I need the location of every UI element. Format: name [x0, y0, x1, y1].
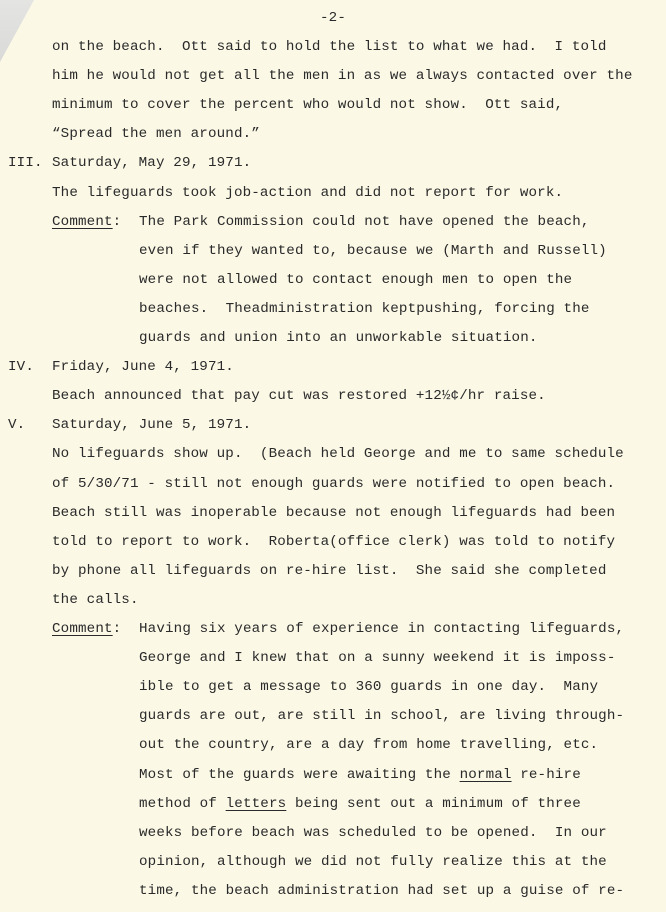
text-line: minimum to cover the percent who would n… — [52, 96, 563, 114]
text-line: by phone all lifeguards on re-hire list.… — [52, 562, 607, 580]
comment-label: Comment: — [52, 620, 121, 638]
comment-line: beaches. Theadministration keptpushing, … — [139, 300, 590, 318]
typed-document-page: -2- on the beach. Ott said to hold the l… — [0, 0, 666, 912]
comment-line: method of letters being sent out a minim… — [139, 795, 581, 813]
section-numeral: IV. — [8, 358, 34, 376]
text-line: Beach announced that pay cut was restore… — [52, 387, 546, 405]
comment-line: Most of the guards were awaiting the nor… — [139, 766, 581, 784]
text-line: Beach still was inoperable because not e… — [52, 504, 615, 522]
comment-line: weeks before beach was scheduled to be o… — [139, 824, 607, 842]
section-numeral: V. — [8, 416, 25, 434]
section-date: Saturday, May 29, 1971. — [52, 154, 251, 172]
text-line: the calls. — [52, 591, 139, 609]
comment-line: were not allowed to contact enough men t… — [139, 271, 572, 289]
comment-label: Comment: — [52, 213, 121, 231]
text-line: him he would not get all the men in as w… — [52, 67, 632, 85]
text-line: of 5/30/71 - still not enough guards wer… — [52, 475, 615, 493]
comment-line: even if they wanted to, because we (Mart… — [139, 242, 607, 260]
comment-line: time, the beach administration had set u… — [139, 882, 624, 900]
text-line: The lifeguards took job-action and did n… — [52, 184, 563, 202]
section-date: Friday, June 4, 1971. — [52, 358, 234, 376]
underlined-word: letters — [226, 796, 287, 812]
comment-line: Having six years of experience in contac… — [139, 620, 624, 638]
section-numeral: III. — [8, 154, 43, 172]
text-line: on the beach. Ott said to hold the list … — [52, 38, 607, 56]
underlined-word: normal — [460, 767, 512, 783]
comment-line: ible to get a message to 360 guards in o… — [139, 678, 598, 696]
comment-line: guards are out, are still in school, are… — [139, 707, 624, 725]
page-number: -2- — [0, 9, 666, 27]
comment-line: opinion, although we did not fully reali… — [139, 853, 607, 871]
text-line: No lifeguards show up. (Beach held Georg… — [52, 445, 624, 463]
comment-line: out the country, are a day from home tra… — [139, 736, 598, 754]
section-date: Saturday, June 5, 1971. — [52, 416, 251, 434]
comment-line: George and I knew that on a sunny weeken… — [139, 649, 616, 667]
comment-line: guards and union into an unworkable situ… — [139, 329, 538, 347]
text-line: “Spread the men around.” — [52, 125, 260, 143]
text-line: told to report to work. Roberta(office c… — [52, 533, 615, 551]
comment-line: The Park Commission could not have opene… — [139, 213, 590, 231]
